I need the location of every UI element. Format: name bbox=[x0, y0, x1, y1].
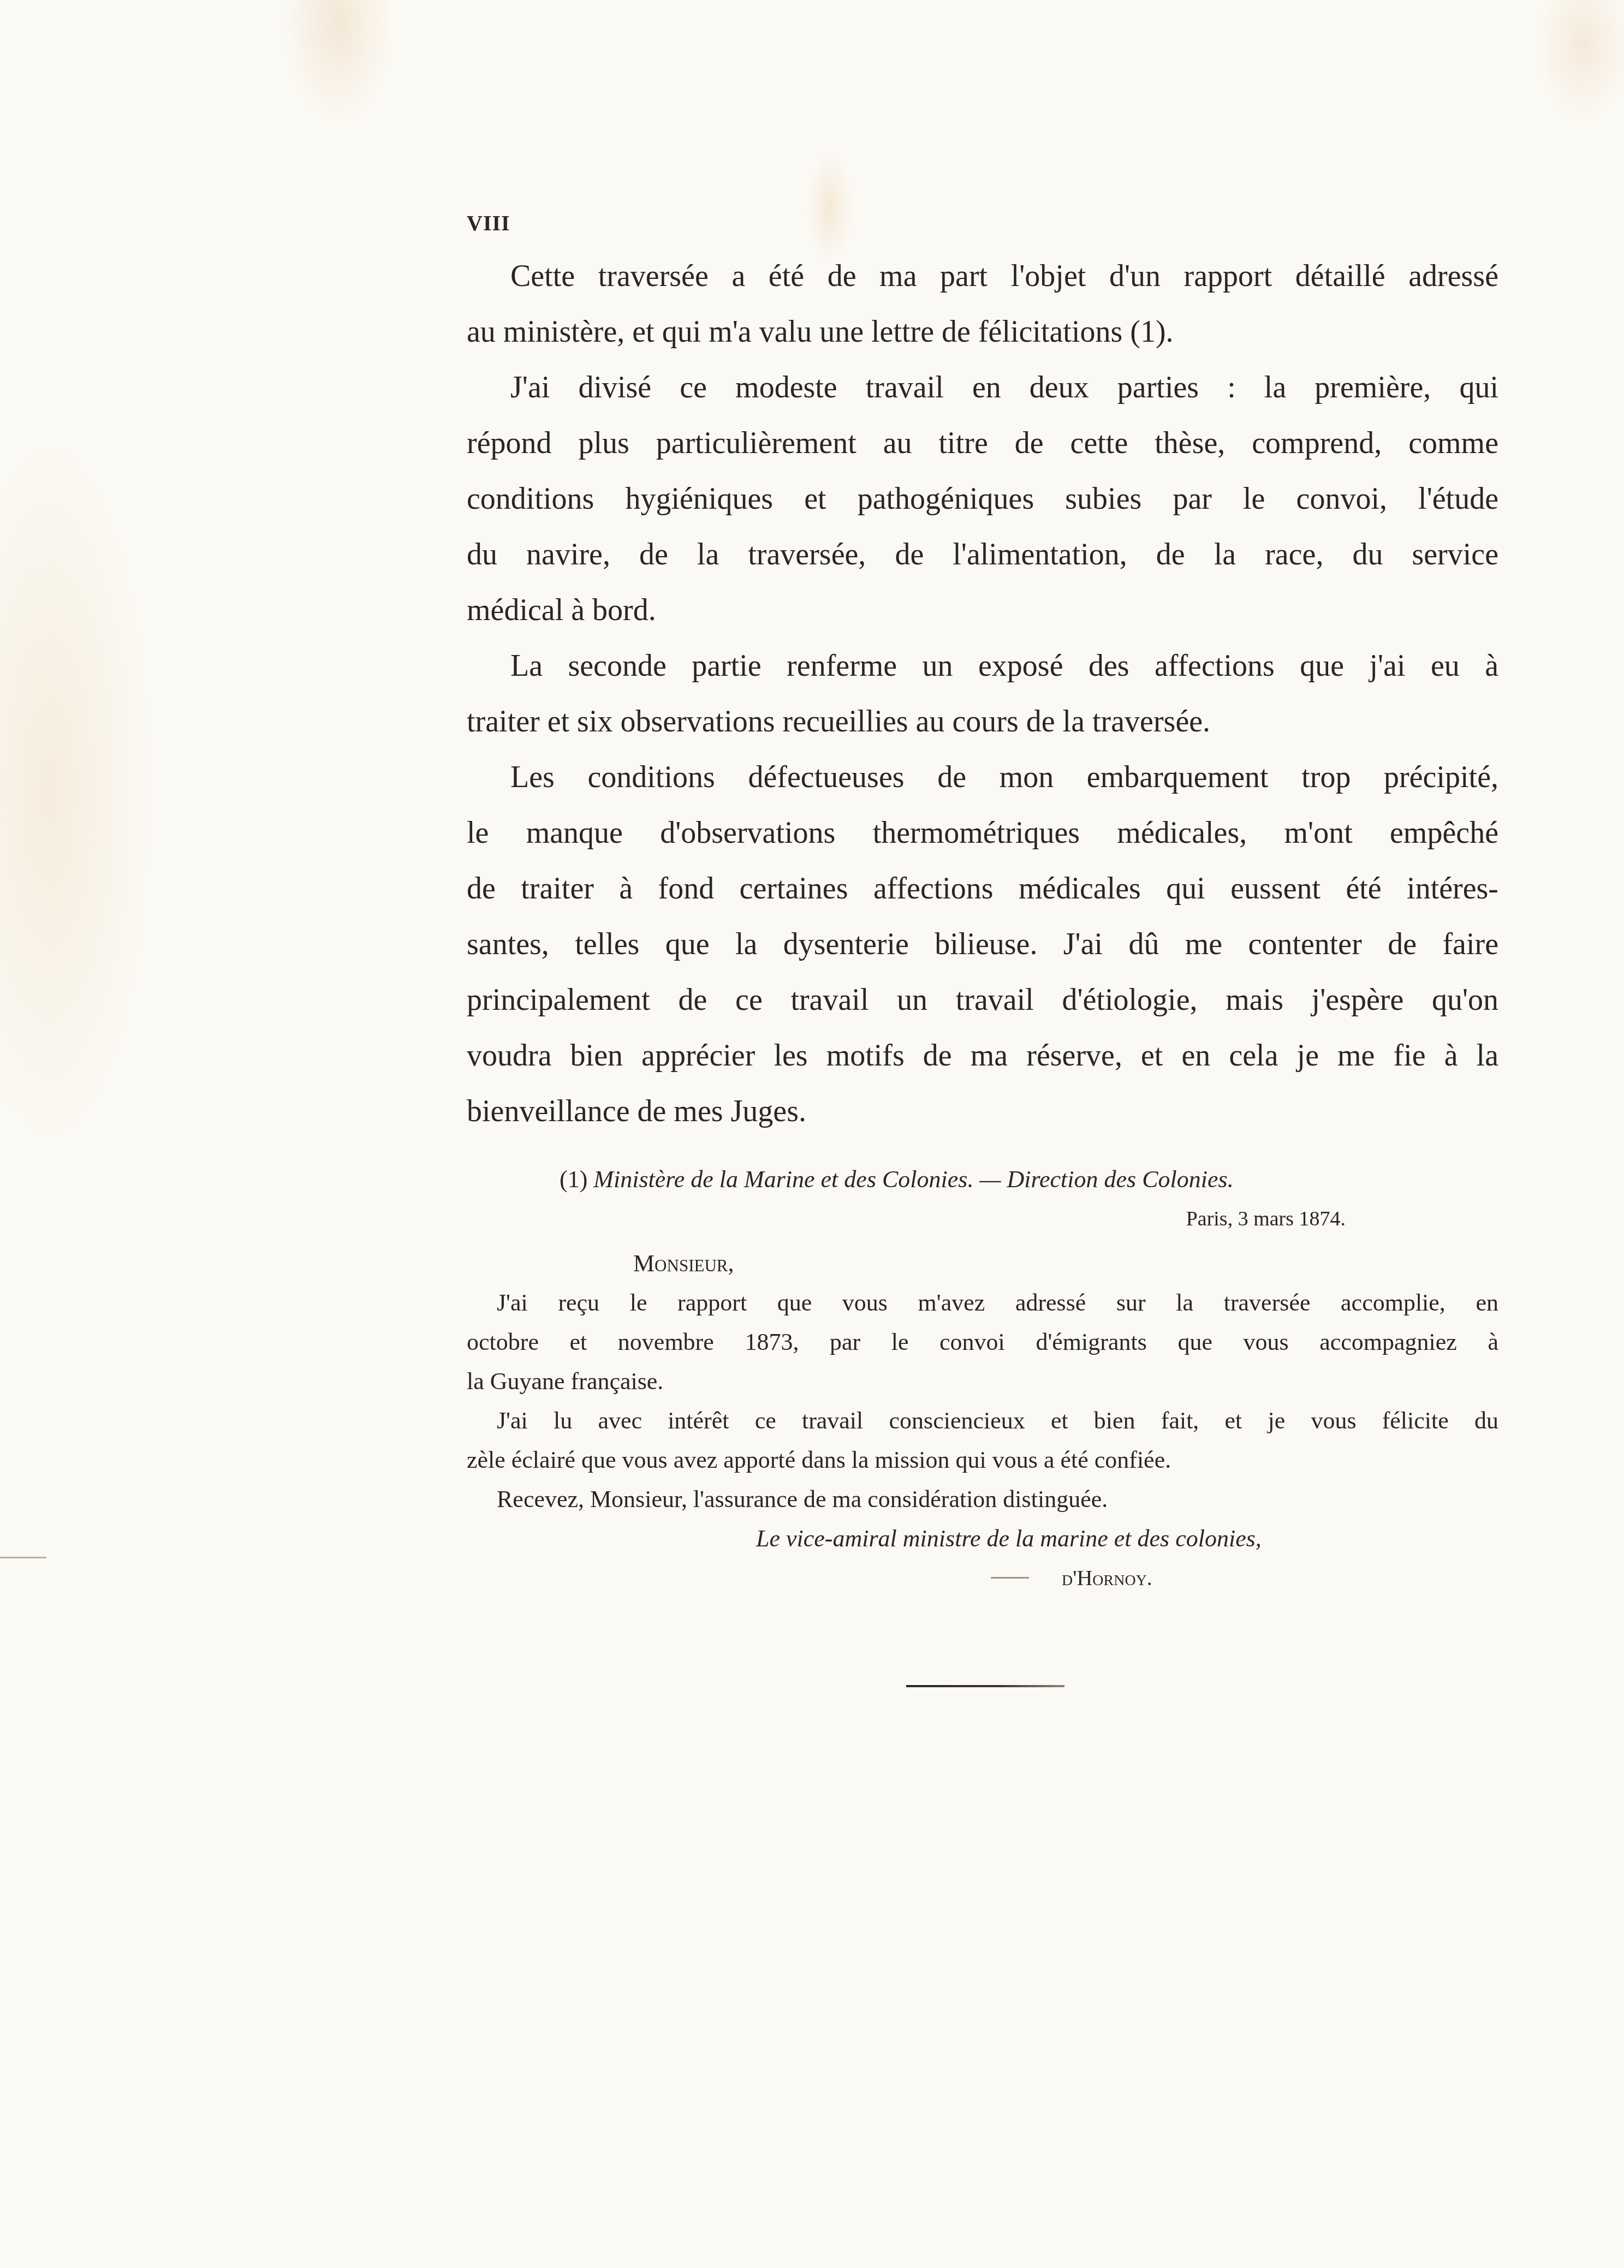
letter-line: la Guyane française. bbox=[467, 1362, 1498, 1401]
signature-name: d'Hornoy. bbox=[467, 1558, 1498, 1598]
letter-date: Paris, 3 mars 1874. bbox=[467, 1199, 1498, 1239]
footnote: (1) Ministère de la Marine et des Coloni… bbox=[467, 1160, 1498, 1598]
text-line: traiter et six observations recueillies … bbox=[467, 694, 1498, 749]
text-line: voudra bien apprécier les motifs de ma r… bbox=[467, 1028, 1498, 1084]
letter-salutation: Monsieur, bbox=[467, 1244, 1498, 1283]
signature-title: Le vice-amiral ministre de la marine et … bbox=[467, 1519, 1498, 1558]
signature-dash bbox=[991, 1577, 1029, 1579]
text-line: J'ai divisé ce modeste travail en deux p… bbox=[467, 360, 1498, 415]
text-line: Les conditions défectueuses de mon embar… bbox=[467, 749, 1498, 805]
letter-line: J'ai reçu le rapport que vous m'avez adr… bbox=[467, 1283, 1498, 1323]
text-line: principalement de ce travail un travail … bbox=[467, 972, 1498, 1028]
body-text: Cette traversée a été de ma part l'objet… bbox=[467, 248, 1498, 1139]
text-line: Cette traversée a été de ma part l'objet… bbox=[467, 248, 1498, 304]
letter-line: zèle éclairé que vous avez apporté dans … bbox=[467, 1440, 1498, 1480]
text-line: médical à bord. bbox=[467, 582, 1498, 638]
text-line: le manque d'observations thermométriques… bbox=[467, 805, 1498, 861]
letter-paragraph-1: J'ai reçu le rapport que vous m'avez adr… bbox=[467, 1283, 1498, 1401]
text-line: bienveillance de mes Juges. bbox=[467, 1084, 1498, 1139]
paragraph-2: J'ai divisé ce modeste travail en deux p… bbox=[467, 360, 1498, 638]
text-line: au ministère, et qui m'a valu une lettre… bbox=[467, 304, 1498, 360]
letter-paragraph-2: J'ai lu avec intérêt ce travail conscien… bbox=[467, 1401, 1498, 1480]
text-line: de traiter à fond certaines affections m… bbox=[467, 861, 1498, 916]
scanned-page: VIII Cette traversée a été de ma part l'… bbox=[0, 0, 1624, 2268]
footnote-heading-text: Ministère de la Marine et des Colonies. … bbox=[593, 1166, 1233, 1193]
signature-name-text: d'Hornoy. bbox=[1062, 1565, 1152, 1590]
letter-paragraph-3: Recevez, Monsieur, l'assurance de ma con… bbox=[467, 1480, 1498, 1519]
letter-line: octobre et novembre 1873, par le convoi … bbox=[467, 1323, 1498, 1362]
paragraph-3: La seconde partie renferme un exposé des… bbox=[467, 638, 1498, 749]
text-line: du navire, de la traversée, de l'aliment… bbox=[467, 527, 1498, 582]
page-number: VIII bbox=[467, 210, 510, 236]
text-line: conditions hygiéniques et pathogéniques … bbox=[467, 471, 1498, 527]
margin-dash bbox=[0, 1557, 46, 1558]
text-line: santes, telles que la dysenterie bilieus… bbox=[467, 916, 1498, 972]
letter-line: J'ai lu avec intérêt ce travail conscien… bbox=[467, 1401, 1498, 1440]
footnote-marker: (1) bbox=[560, 1166, 587, 1193]
section-separator-rule bbox=[906, 1685, 1064, 1687]
paragraph-1: Cette traversée a été de ma part l'objet… bbox=[467, 248, 1498, 360]
text-line: répond plus particulièrement au titre de… bbox=[467, 415, 1498, 471]
letter-line: Recevez, Monsieur, l'assurance de ma con… bbox=[467, 1480, 1498, 1519]
paragraph-4: Les conditions défectueuses de mon embar… bbox=[467, 749, 1498, 1139]
text-line: La seconde partie renferme un exposé des… bbox=[467, 638, 1498, 694]
footnote-heading: (1) Ministère de la Marine et des Coloni… bbox=[467, 1160, 1498, 1199]
